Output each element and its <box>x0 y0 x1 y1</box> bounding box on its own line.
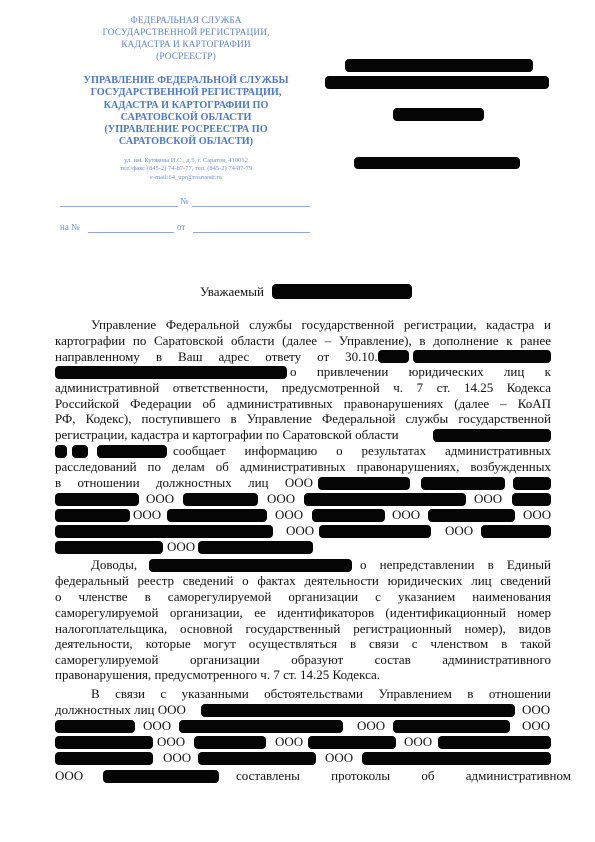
from-label: от <box>177 222 185 232</box>
redacted-text <box>378 350 409 363</box>
body-line: составлены протоколы об административном <box>236 768 551 784</box>
body-line: сообщает информацию о результатах админи… <box>173 443 551 459</box>
body-line: деятельности, которые могут осуществлять… <box>55 636 551 652</box>
agency-name-line: ГОСУДАРСТВЕННОЙ РЕГИСТРАЦИИ, <box>52 27 320 39</box>
body-line: налогоплательщика, основной государствен… <box>55 621 551 637</box>
redacted-company <box>513 477 551 490</box>
redacted-addressee <box>325 76 549 89</box>
office-name-line: ГОСУДАРСТВЕННОЙ РЕГИСТРАЦИИ, <box>52 87 320 99</box>
company-prefix: ООО <box>55 768 83 784</box>
office-name-line: (УПРАВЛЕНИЕ РОСРЕЕСТРА ПО <box>52 124 320 136</box>
company-prefix: ООО <box>143 718 171 734</box>
redacted-text <box>72 445 88 458</box>
body-line: расследований по делам об административн… <box>55 459 551 475</box>
outgoing-number-line: № <box>60 196 310 210</box>
redacted-company <box>198 541 313 554</box>
redacted-text <box>413 350 551 363</box>
redacted-company <box>308 736 396 749</box>
company-prefix: ООО <box>522 718 550 734</box>
body-line: о привлечении юридических лиц к <box>290 364 551 380</box>
office-name-line: УПРАВЛЕНИЕ ФЕДЕРАЛЬНОЙ СЛУЖБЫ <box>52 75 320 87</box>
body-line: саморегулируемой организации образуют со… <box>55 652 551 668</box>
contact-phone: тел./факс (845-2) 74-87-77, тел. (845-2)… <box>52 165 320 174</box>
salutation-text: Уважаемый <box>200 284 264 299</box>
redacted-company <box>194 736 266 749</box>
redacted-company <box>201 704 515 717</box>
company-prefix: ООО <box>474 491 502 507</box>
company-prefix: ООО <box>445 523 473 539</box>
company-prefix: ООО <box>146 491 174 507</box>
body-line: правонарушения, предусмотренного ч. 7 ст… <box>55 667 551 683</box>
body-text: Доводы, <box>91 557 137 573</box>
company-prefix: ООО <box>133 507 161 523</box>
company-prefix: ООО <box>167 539 195 555</box>
body-line: о непредставлении в Единый <box>360 557 551 573</box>
contact-email: e-mail:64_upr@rosreestr.ru <box>52 174 320 183</box>
redacted-company <box>481 525 551 538</box>
company-prefix: ООО <box>392 507 420 523</box>
company-prefix: ООО <box>404 734 432 750</box>
redacted-text <box>55 445 67 458</box>
redacted-addressee <box>393 108 484 121</box>
redacted-company <box>55 541 163 554</box>
redacted-company <box>421 477 505 490</box>
body-line: о членстве в саморегулируемой организаци… <box>55 589 551 605</box>
redacted-addressee <box>354 157 520 169</box>
company-prefix: ООО <box>357 718 385 734</box>
redacted-company <box>304 493 466 506</box>
agency-name-line: КАДАСТРА И КАРТОГРАФИИ <box>52 39 320 51</box>
body-line: В связи с указанными обстоятельствами Уп… <box>91 686 551 702</box>
redacted-company <box>55 752 153 765</box>
redacted-company <box>428 509 515 522</box>
body-line: саморегулируемой организации, ее идентиф… <box>55 605 551 621</box>
body-line: федеральный реестр сведений о фактах дея… <box>55 573 551 589</box>
company-prefix: ООО <box>157 734 185 750</box>
ref-number-label: на № <box>60 222 80 232</box>
body-line: Управление Федеральной службы государств… <box>91 317 551 333</box>
company-prefix: ООО <box>325 750 353 766</box>
redacted-company <box>179 720 343 733</box>
office-name-line: КАДАСТРА И КАРТОГРАФИИ ПО <box>52 100 320 112</box>
redacted-company <box>55 720 135 733</box>
redacted-company <box>55 509 130 522</box>
number-label: № <box>180 196 189 206</box>
redacted-company <box>198 752 316 765</box>
redacted-company <box>312 509 385 522</box>
salutation: Уважаемый <box>200 284 264 300</box>
redacted-addressee <box>345 59 533 72</box>
company-prefix: ООО <box>267 491 295 507</box>
agency-name-line: (РОСРЕЕСТР) <box>52 51 320 63</box>
redacted-company <box>318 477 410 490</box>
redacted-company <box>55 736 153 749</box>
company-prefix: ООО <box>286 523 314 539</box>
redacted-company <box>55 525 273 538</box>
redacted-text <box>55 366 287 379</box>
letterhead: ФЕДЕРАЛЬНАЯ СЛУЖБА ГОСУДАРСТВЕННОЙ РЕГИС… <box>52 15 320 183</box>
company-prefix: ООО <box>275 507 303 523</box>
redacted-company <box>393 720 510 733</box>
redacted-text <box>433 429 551 442</box>
redacted-company <box>438 736 551 749</box>
redacted-company <box>55 493 139 506</box>
redacted-company <box>183 493 258 506</box>
office-name-line: САРАТОВСКОЙ ОБЛАСТИ) <box>52 136 320 148</box>
redacted-company <box>362 752 551 765</box>
agency-name-line: ФЕДЕРАЛЬНАЯ СЛУЖБА <box>52 15 320 27</box>
company-prefix: ООО <box>522 702 550 718</box>
company-prefix: ООО <box>163 750 191 766</box>
reference-number-line: на № от <box>60 222 310 236</box>
body-line: административной ответственности, предус… <box>55 380 551 396</box>
office-name-line: САРАТОВСКОЙ ОБЛАСТИ <box>52 112 320 124</box>
redacted-company <box>319 525 431 538</box>
company-prefix: ООО <box>523 507 551 523</box>
redacted-company <box>103 770 219 783</box>
body-line: картографии по Саратовской области (дале… <box>55 333 551 349</box>
body-line: РФ, Кодекс), поступившего в Управление Ф… <box>55 411 551 427</box>
redacted-text <box>149 559 352 572</box>
company-prefix: ООО <box>275 734 303 750</box>
redacted-company <box>512 493 551 506</box>
redacted-company <box>167 509 267 522</box>
body-text: должностных лиц ООО <box>55 702 186 718</box>
body-line: Российской Федерации об административных… <box>55 396 551 412</box>
redacted-name <box>272 284 412 299</box>
redacted-text <box>97 445 167 458</box>
contact-address: ул. им. Кутякова И.С., д.5, г. Саратов, … <box>52 157 320 166</box>
